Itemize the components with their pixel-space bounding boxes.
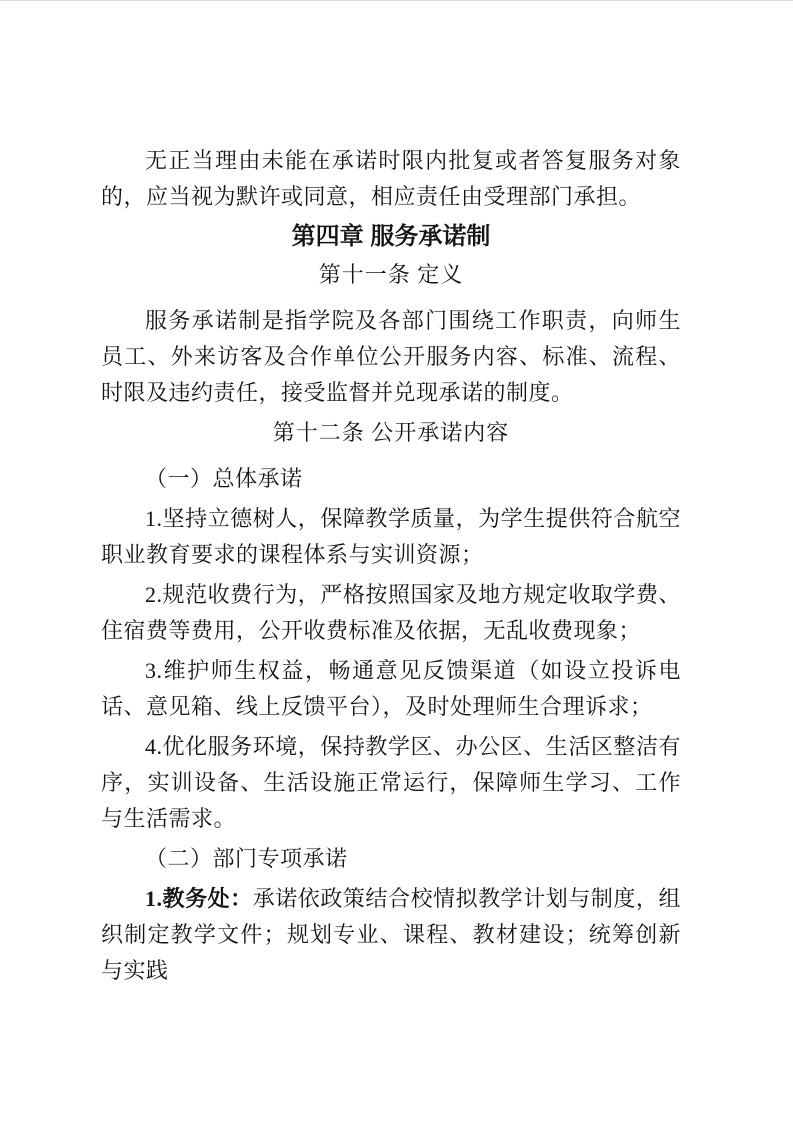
document-page: 无正当理由未能在承诺时限内批复或者答复服务对象的，应当视为默许或同意，相应责任由… [0, 0, 793, 1122]
paragraph-default-consent: 无正当理由未能在承诺时限内批复或者答复服务对象的，应当视为默许或同意，相应责任由… [101, 143, 681, 215]
paragraph-academic-affairs-office: 1.教务处：承诺依政策结合校情拟教学计划与制度，组织制定教学文件；规划专业、课程… [101, 881, 681, 989]
paragraph-commitment-3: 3.维护师生权益，畅通意见反馈渠道（如设立投诉电话、意见箱、线上反馈平台），及时… [101, 653, 681, 725]
chapter-heading-service-commitment: 第四章 服务承诺制 [101, 219, 681, 255]
paragraph-commitment-2: 2.规范收费行为，严格按照国家及地方规定收取学费、住宿费等费用，公开收费标准及依… [101, 577, 681, 649]
paragraph-commitment-4: 4.优化服务环境，保持教学区、办公区、生活区整洁有序，实训设备、生活设施正常运行… [101, 729, 681, 837]
subheading-department-commitments: （二）部门专项承诺 [101, 841, 681, 877]
page-top-border [0, 0, 793, 1]
paragraph-commitment-1: 1.坚持立德树人，保障教学质量，为学生提供符合航空职业教育要求的课程体系与实训资… [101, 501, 681, 573]
article-heading-definition: 第十一条 定义 [101, 257, 681, 293]
article-heading-public-commitments: 第十二条 公开承诺内容 [101, 415, 681, 451]
paragraph-definition-body: 服务承诺制是指学院及各部门围绕工作职责，向师生员工、外来访客及合作单位公开服务内… [101, 303, 681, 411]
subheading-overall-commitments: （一）总体承诺 [101, 461, 681, 497]
academic-affairs-office-label: 1.教务处： [145, 886, 253, 911]
